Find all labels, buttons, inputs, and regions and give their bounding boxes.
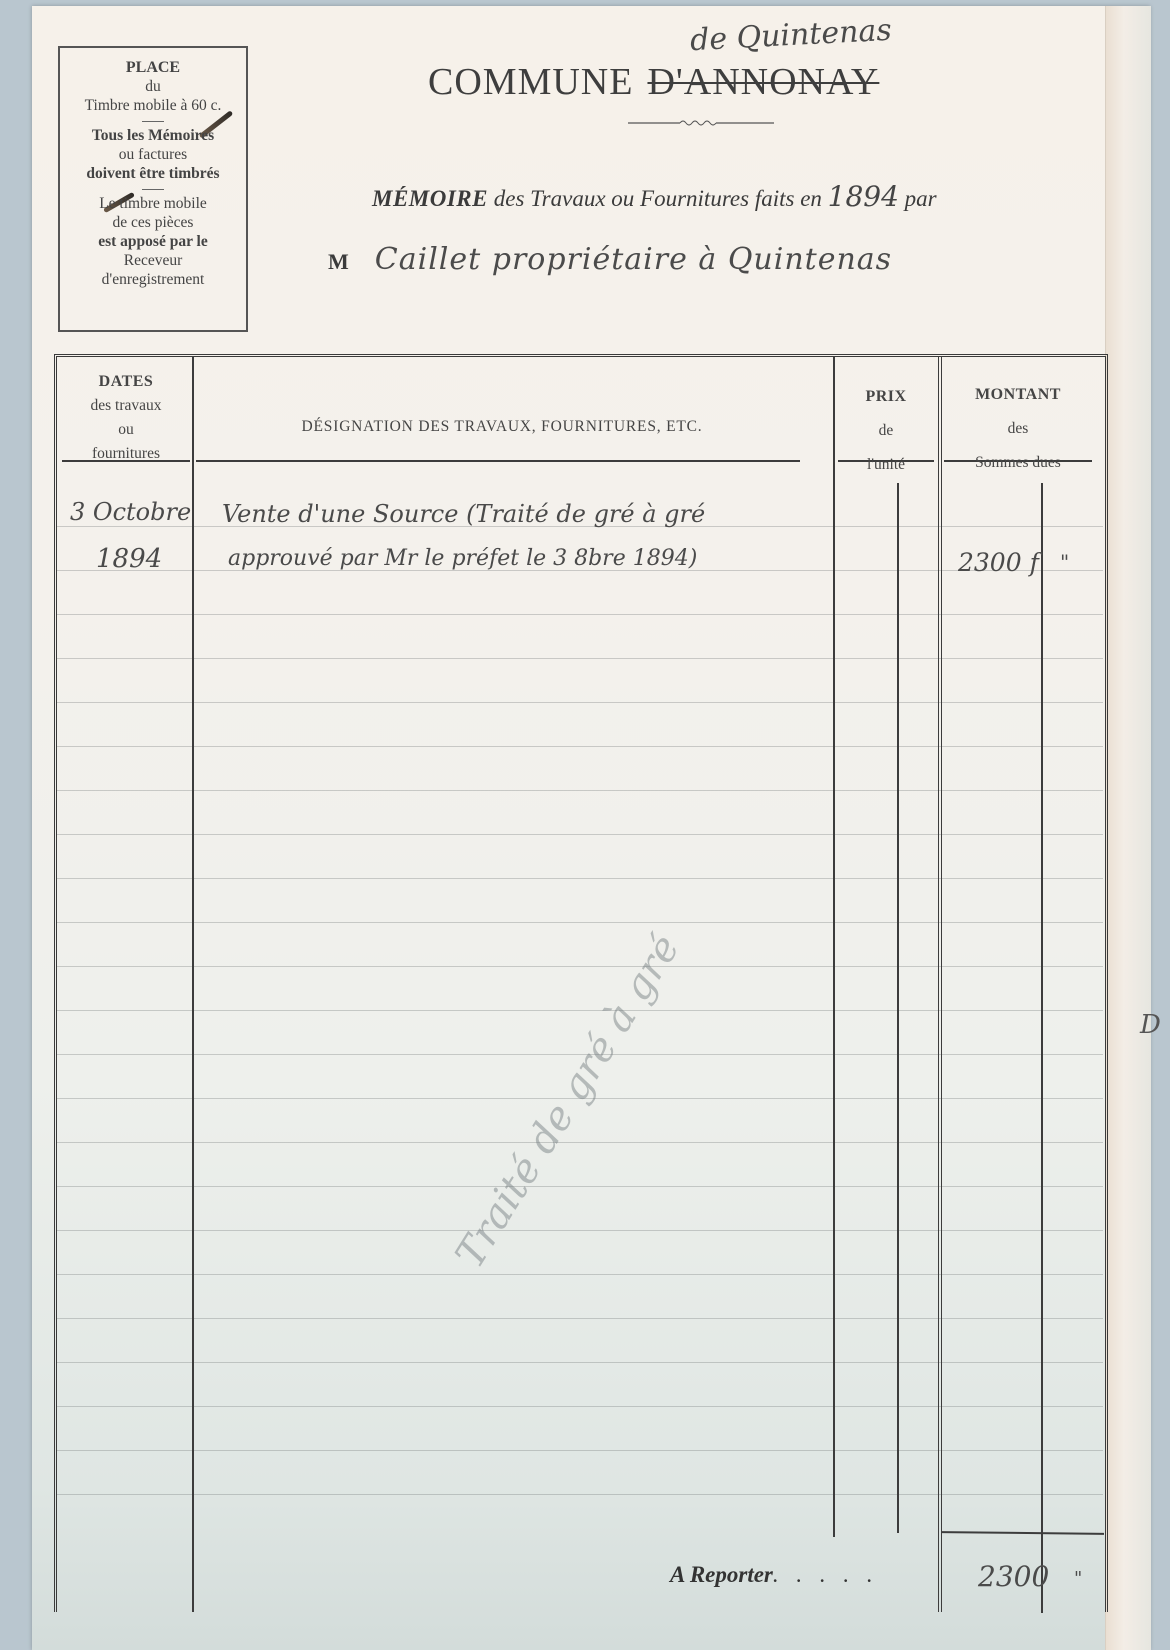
memoire-title: MÉMOIRE des Travaux ou Fournitures faits… — [372, 180, 937, 213]
reporter-total: 2300 — [978, 1560, 1049, 1593]
row-montant: 2300 f — [958, 548, 1039, 577]
reporter-label: A Reporter. . . . . — [670, 1562, 879, 1588]
stamp-notice: d'enregistrement — [60, 270, 246, 289]
memoire-par: par — [905, 186, 937, 211]
row-designation: approuvé par Mr le préfet le 3 8bre 1894… — [228, 546, 697, 571]
column-divider — [897, 483, 899, 1533]
column-header-dates: DATES des travaux ou fournitures — [62, 370, 190, 466]
supplier-line: MCaillet propriétaire à Quintenas — [328, 242, 892, 277]
row-date: 3 Octobre — [70, 498, 191, 526]
stamp-line: du — [60, 77, 246, 96]
year-handwritten: 1894 — [828, 180, 899, 213]
column-divider — [1041, 483, 1043, 1613]
header-divider — [196, 460, 800, 462]
column-divider — [938, 357, 942, 1612]
row-designation: Vente d'une Source (Traité de gré à gré — [222, 500, 705, 528]
column-header-designation: DÉSIGNATION DES TRAVAUX, FOURNITURES, ET… — [196, 418, 808, 436]
flourish-ornament — [628, 118, 774, 128]
stamp-notice: Receveur — [60, 251, 246, 270]
stamp-title: PLACE — [60, 58, 246, 77]
column-divider — [833, 357, 835, 1537]
column-header-montant: MONTANT des Sommes dues — [944, 378, 1092, 480]
m-label: M — [328, 249, 349, 274]
stamp-notice: Tous les Mémoires — [60, 126, 246, 145]
paper-fold-edge — [1105, 6, 1151, 1650]
divider — [142, 121, 164, 122]
supplier-handwritten: Caillet propriétaire à Quintenas — [375, 242, 892, 277]
stamp-notice: Le timbre mobile — [60, 194, 246, 213]
stamp-notice: de ces pièces — [60, 213, 246, 232]
stamp-notice: doivent être timbrés — [60, 164, 246, 183]
row-date-year: 1894 — [96, 544, 162, 574]
stamp-notice: ou factures — [60, 145, 246, 164]
memoire-text: des Travaux ou Fournitures faits en — [494, 186, 822, 211]
row-montant-cents: " — [1060, 550, 1069, 574]
commune-title: COMMUNED'ANNONAY — [428, 60, 879, 104]
stamp-line: Timbre mobile à 60 c. — [60, 96, 246, 115]
column-divider — [192, 357, 194, 1612]
stamp-placeholder-box: PLACE du Timbre mobile à 60 c. Tous les … — [58, 46, 248, 332]
divider — [142, 189, 164, 190]
ruled-lines — [57, 483, 1103, 1523]
commune-label: COMMUNE — [428, 61, 633, 103]
commune-struck: D'ANNONAY — [647, 61, 879, 103]
stamp-notice: est apposé par le — [60, 232, 246, 251]
margin-mark: D — [1140, 1010, 1161, 1040]
reporter-cents: " — [1074, 1568, 1082, 1589]
column-header-prix: PRIX de l'unité — [838, 380, 934, 482]
memoire-caps: MÉMOIRE — [372, 186, 488, 211]
